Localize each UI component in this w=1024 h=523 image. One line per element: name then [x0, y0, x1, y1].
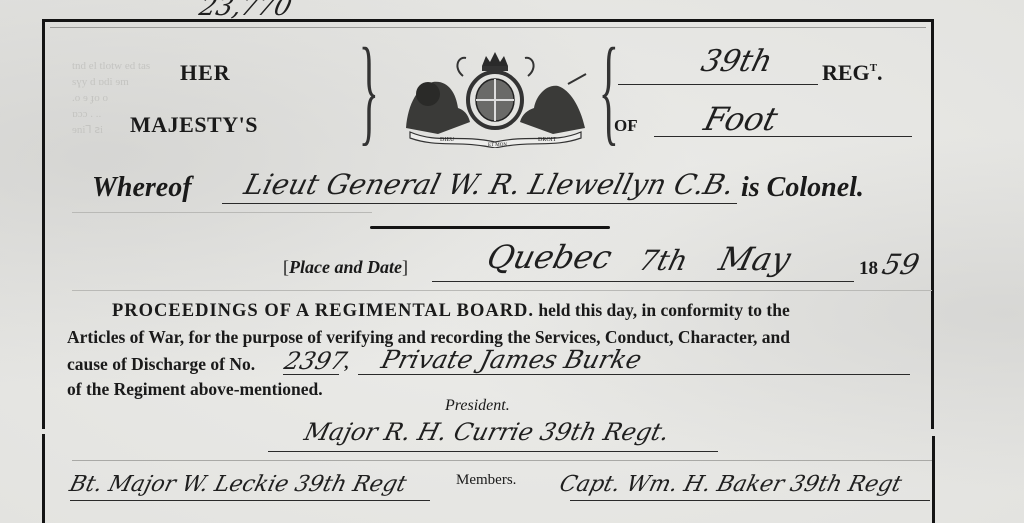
regiment-type-rule [654, 136, 912, 137]
proceedings-line-3: cause of Discharge of No. [67, 354, 255, 375]
year-field[interactable]: 59 [879, 248, 923, 281]
month-field[interactable]: May [715, 240, 794, 278]
soldier-name-field[interactable]: Private James Burke [378, 345, 644, 374]
whereof-label: Whereof [92, 172, 192, 204]
faint-rule [72, 212, 372, 213]
faint-rule [72, 290, 932, 291]
day-field[interactable]: 7th [636, 244, 691, 277]
regiment-number-field[interactable]: 39th [698, 44, 776, 79]
frame-border-top [42, 19, 932, 22]
year-prefix: 18 [859, 258, 878, 280]
president-rule [268, 451, 718, 452]
soldier-number-field[interactable]: 2397 [282, 347, 350, 375]
frame-border-left [42, 19, 45, 429]
header-her: HER [180, 60, 231, 86]
member-1-rule [70, 500, 430, 501]
place-field[interactable]: Quebec [483, 238, 616, 276]
regiment-number-rule [618, 84, 818, 85]
regt-label: REGT. [822, 60, 883, 86]
member-1-field[interactable]: Bt. Major W. Leckie 39th Regt [67, 472, 409, 497]
comma: , [344, 352, 348, 373]
left-brace: } [359, 30, 379, 150]
soldier-number-rule [283, 374, 339, 375]
place-and-date-label: [Place and Date] [283, 257, 408, 278]
is-colonel-label: is Colonel. [741, 172, 864, 204]
proceedings-title: PROCEEDINGS OF A REGIMENTAL BOARD. [112, 301, 534, 321]
svg-text:DROIT: DROIT [538, 137, 557, 143]
header-majestys: MAJESTY'S [130, 112, 258, 138]
frame-border-left-lower [42, 434, 45, 523]
proceedings-line-1: PROCEEDINGS OF A REGIMENTAL BOARD. held … [112, 300, 790, 322]
svg-text:DIEU: DIEU [440, 137, 455, 143]
place-date-rule [432, 281, 854, 282]
of-label: OF [614, 116, 638, 136]
regiment-type-field[interactable]: Foot [700, 100, 781, 138]
member-2-rule [570, 500, 930, 501]
frame-border-right [931, 19, 934, 429]
svg-text:ET MON: ET MON [488, 143, 507, 148]
section-divider [370, 226, 610, 229]
frame-inner-rule [50, 27, 926, 28]
member-2-field[interactable]: Capt. Wm. H. Baker 39th Regt [557, 472, 904, 497]
faint-rule [72, 460, 932, 461]
colonel-name-rule [222, 203, 737, 204]
president-name-field[interactable]: Major R. H. Currie 39th Regt. [302, 418, 673, 446]
colonel-name-field[interactable]: Lieut General W. R. Llewellyn C.B. [241, 168, 738, 201]
frame-border-right-lower [932, 436, 935, 523]
proceedings-line-4: of the Regiment above-mentioned. [67, 379, 323, 400]
soldier-name-rule [358, 374, 910, 375]
president-label: President. [445, 397, 510, 415]
royal-coat-of-arms-icon: DIEU ET MON DROIT [398, 48, 593, 148]
members-label: Members. [456, 472, 516, 489]
